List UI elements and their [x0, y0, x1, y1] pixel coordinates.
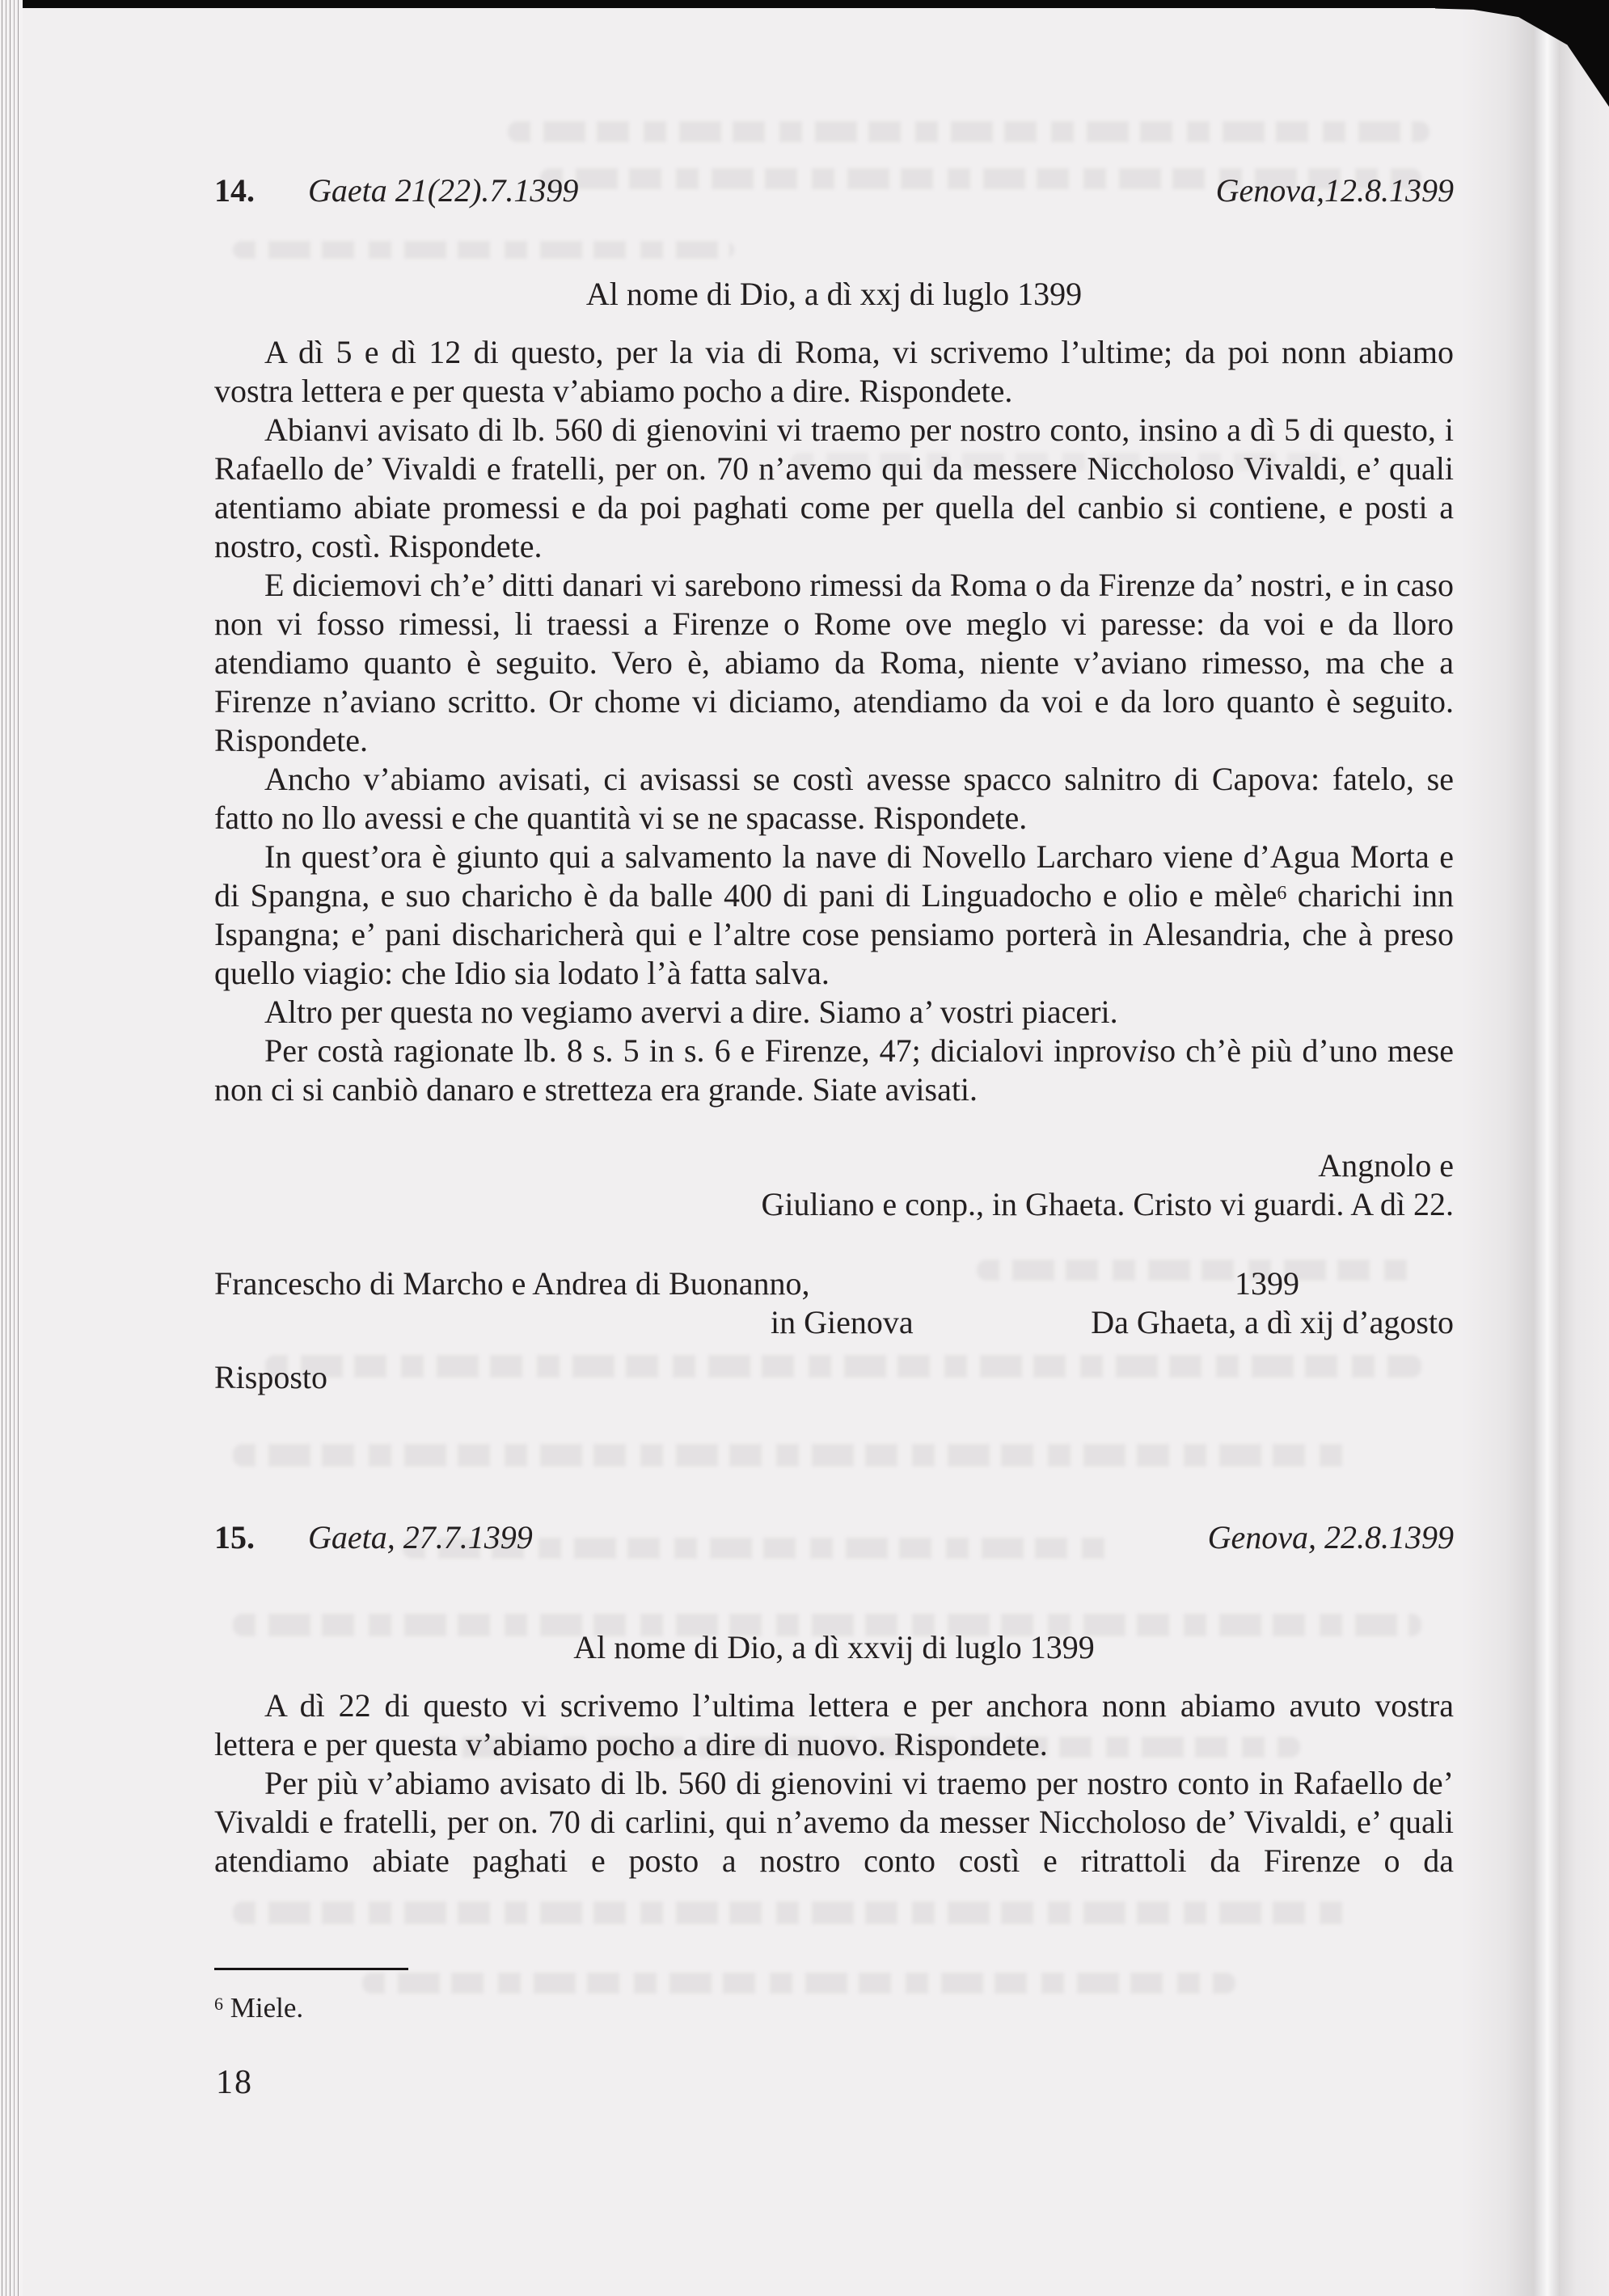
italic-letter: i: [1138, 1032, 1147, 1069]
letter-15-destination: Genova, 22.8.1399: [1208, 1518, 1454, 1557]
address-year: 1399: [1235, 1264, 1299, 1303]
footnote-text: Miele.: [230, 1992, 303, 2024]
letter-15-header-left: 15. Gaeta, 27.7.1399: [214, 1518, 533, 1557]
letter-15-body: A dì 22 di questo vi scrivemo l’ultima l…: [214, 1686, 1454, 1880]
footnote-marker: 6: [214, 1994, 223, 2014]
scanned-book-spread: 14. Gaeta 21(22).7.1399 Genova,12.8.1399…: [0, 0, 1609, 2296]
page-edge-stack: [0, 0, 23, 2296]
text-column: 14. Gaeta 21(22).7.1399 Genova,12.8.1399…: [214, 0, 1454, 2296]
address-sent-from: Da Ghaeta, a dì xij d’agosto: [1091, 1303, 1454, 1342]
scan-top-band: [23, 0, 1609, 8]
letter-14-header-left: 14. Gaeta 21(22).7.1399: [214, 171, 578, 210]
footnote: 6 Miele.: [214, 1989, 303, 2028]
paragraph: Abianvi avisato di lb. 560 di gienovini …: [214, 411, 1454, 566]
letter-14-number: 14.: [214, 171, 255, 210]
letter-15-salutation: Al nome di Dio, a dì xxvij di luglo 1399: [214, 1628, 1454, 1667]
paragraph: A dì 22 di questo vi scrivemo l’ultima l…: [214, 1686, 1454, 1764]
paragraph: Per più v’abiamo avisato di lb. 560 di g…: [214, 1764, 1454, 1880]
paragraph-text: Per costà ragionate lb. 8 s. 5 in s. 6 e…: [264, 1032, 1138, 1069]
paragraph: Per costà ragionate lb. 8 s. 5 in s. 6 e…: [214, 1032, 1454, 1109]
letter-15-origin: Gaeta, 27.7.1399: [308, 1518, 533, 1557]
page-number: 18: [216, 2063, 253, 2102]
signature-line: Angnolo e: [214, 1146, 1454, 1185]
letter-15-number: 15.: [214, 1518, 255, 1557]
signature-line: Giuliano e conp., in Ghaeta. Cristo vi g…: [214, 1185, 1454, 1224]
paragraph: Ancho v’abiamo avisati, ci avisassi se c…: [214, 760, 1454, 838]
paragraph: Altro per questa no vegiamo avervi a dir…: [214, 993, 1454, 1032]
letter-14-destination: Genova,12.8.1399: [1216, 171, 1454, 210]
paragraph: E diciemovi ch’e’ ditti danari vi sarebo…: [214, 566, 1454, 760]
address-risposto-note: Risposto: [214, 1358, 327, 1397]
address-destination-city: in Gienova: [771, 1303, 914, 1342]
letter-14-body: A dì 5 e dì 12 di questo, per la via di …: [214, 333, 1454, 1109]
book-page: 14. Gaeta 21(22).7.1399 Genova,12.8.1399…: [23, 0, 1609, 2296]
letter-14-signature: Angnolo e Giuliano e conp., in Ghaeta. C…: [214, 1146, 1454, 1224]
letter-15-header: 15. Gaeta, 27.7.1399 Genova, 22.8.1399: [214, 1518, 1454, 1557]
page-curl-shadow: [1462, 0, 1559, 2296]
letter-14-address: Francescho di Marcho e Andrea di Buonann…: [214, 1264, 1454, 1402]
letter-14-salutation: Al nome di Dio, a dì xxj di luglo 1399: [214, 275, 1454, 314]
paragraph: A dì 5 e dì 12 di questo, per la via di …: [214, 333, 1454, 411]
letter-14-header: 14. Gaeta 21(22).7.1399 Genova,12.8.1399: [214, 171, 1454, 210]
paragraph: In quest’ora è giunto qui a salvamento l…: [214, 838, 1454, 993]
paragraph-text: In quest’ora è giunto qui a salvamento l…: [214, 838, 1454, 914]
footnote-reference: 6: [1277, 883, 1286, 904]
next-page-edge: [1559, 0, 1609, 2296]
address-recipient: Francescho di Marcho e Andrea di Buonann…: [214, 1264, 809, 1303]
letter-14-origin: Gaeta 21(22).7.1399: [308, 171, 578, 210]
footnote-rule: [214, 1968, 408, 1970]
